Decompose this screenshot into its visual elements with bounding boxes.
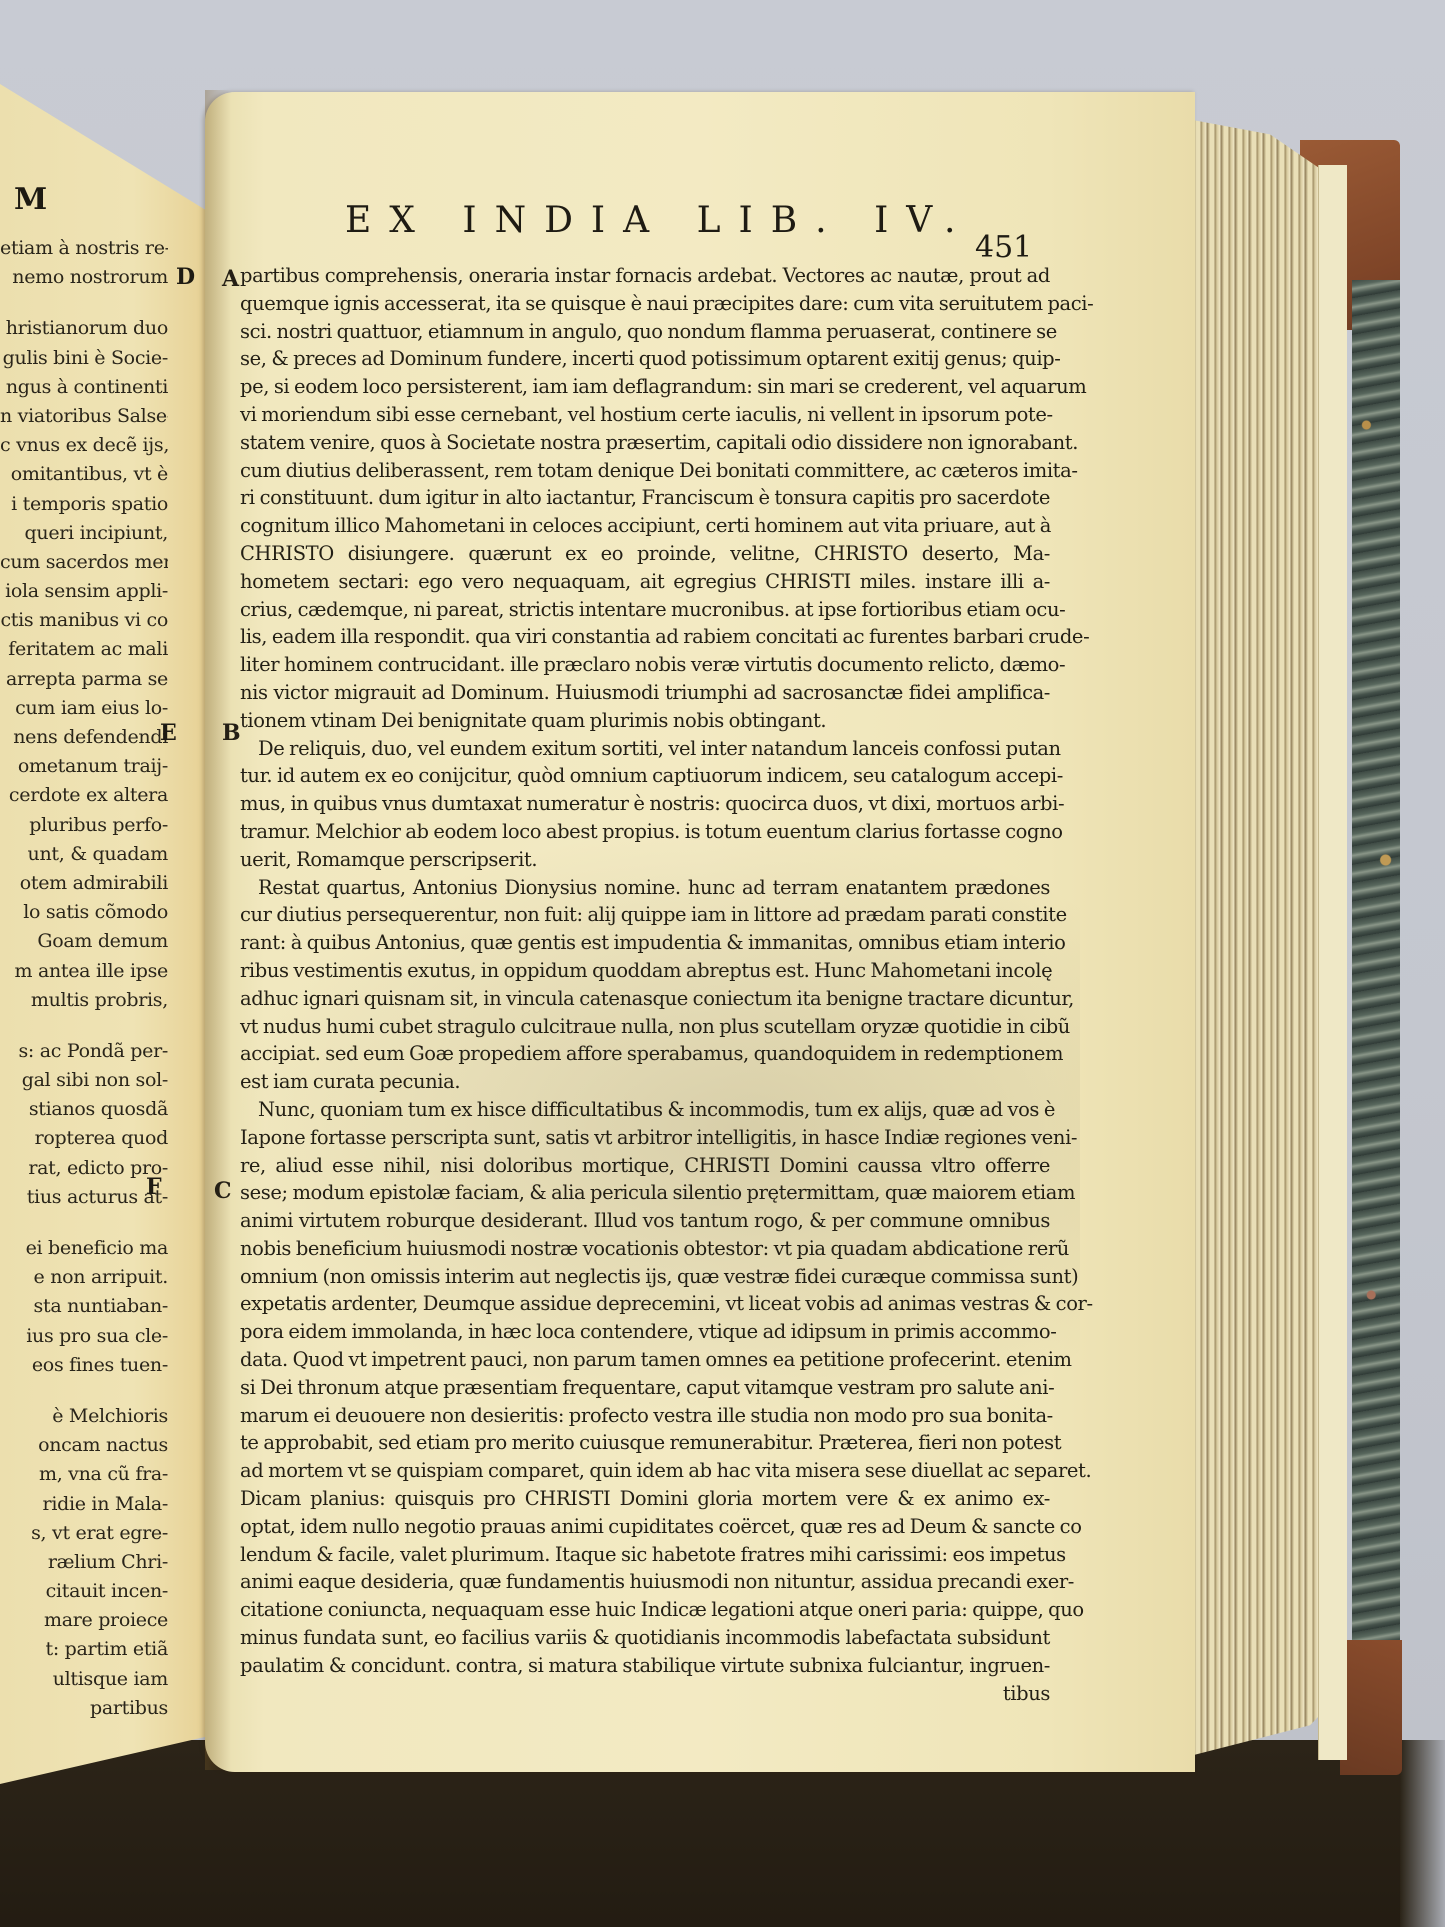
running-head: EX INDIA LIB. IV.: [345, 200, 973, 241]
left-text-line: i temporis spatio: [0, 490, 168, 519]
left-text-line: ctis manibus vi co: [0, 606, 168, 635]
left-text-line: c vnus ex decẽ ijs,: [0, 431, 168, 460]
text-line: sci. nostri quattuor, etiamnum in angulo…: [240, 318, 1050, 346]
left-running-head-letter: M: [14, 182, 47, 217]
left-text-line: hristianorum duo: [0, 314, 168, 343]
left-text-line: e non arripuit.: [0, 1263, 168, 1292]
text-line: vi moriendum sibi esse cernebant, vel ho…: [240, 401, 1050, 429]
text-line: te approbabit, sed etiam pro merito cuiu…: [240, 1429, 1050, 1457]
text-line: cur diutius persequerentur, non fuit: al…: [240, 901, 1050, 929]
left-text-line: etiam à nostris re-: [0, 234, 168, 263]
text-line: Restat quartus, Antonius Dionysius nomin…: [240, 874, 1050, 902]
text-line: pe, si eodem loco persisterent, iam iam …: [240, 373, 1050, 401]
text-line: Dicam planius: quisquis pro CHRISTI Domi…: [240, 1485, 1050, 1513]
left-page: M etiam à nostris re-nemo nostrorumhrist…: [0, 84, 222, 1784]
left-text-line: arrepta parma se: [0, 665, 168, 694]
left-text-line: cum iam eius lo-: [0, 694, 168, 723]
left-text-line: feritatem ac mali: [0, 635, 168, 664]
left-text-line: ngus à continenti: [0, 373, 168, 402]
text-line: crius, cædemque, ni pareat, strictis int…: [240, 596, 1050, 624]
text-line: lis, eadem illa respondit. qua viri cons…: [240, 623, 1050, 651]
left-margin-letter-f: F: [146, 1174, 162, 1200]
left-text-line: [0, 1380, 168, 1402]
left-text-line: tius acturus at-: [0, 1183, 168, 1212]
left-text-line: otem admirabili: [0, 869, 168, 898]
left-text-line: m, vna cũ fra-: [0, 1460, 168, 1489]
text-line: est iam curata pecunia.: [240, 1068, 1050, 1096]
text-line: nobis beneficium huiusmodi nostræ vocati…: [240, 1235, 1050, 1263]
text-line: tur. id autem ex eo conijcitur, quòd omn…: [240, 762, 1050, 790]
left-text-line: partibus: [0, 1694, 168, 1723]
left-text-line: rælium Chri-: [0, 1548, 168, 1577]
left-text-line: è Melchioris: [0, 1402, 168, 1431]
left-text-line: ropterea quod: [0, 1124, 168, 1153]
left-text-line: cum sacerdos mer: [0, 548, 168, 577]
text-line: quemque ignis accesserat, ita se quisque…: [240, 290, 1050, 318]
left-text-line: oncam nactus: [0, 1431, 168, 1460]
text-line: tionem vtinam Dei benignitate quam pluri…: [240, 707, 1050, 735]
left-text-line: iola sensim appli-: [0, 577, 168, 606]
text-line: rant: à quibus Antonius, quæ gentis est …: [240, 929, 1050, 957]
text-line: nis victor migrauit ad Dominum. Huiusmod…: [240, 679, 1050, 707]
leather-cover-corner-bottom: [1340, 1640, 1402, 1775]
text-line: accipiat. sed eum Goæ propediem affore s…: [240, 1040, 1050, 1068]
text-line: cognitum illico Mahometani in celoces ac…: [240, 512, 1050, 540]
left-text-line: stianos quosdã: [0, 1095, 168, 1124]
text-line: re, aliud esse nihil, nisi doloribus mor…: [240, 1152, 1050, 1180]
text-line: Nunc, quoniam tum ex hisce difficultatib…: [240, 1096, 1050, 1124]
left-text-line: ius pro sua cle-: [0, 1322, 168, 1351]
text-line: se, & preces ad Dominum fundere, incerti…: [240, 345, 1050, 373]
left-text-line: mare proiece: [0, 1606, 168, 1635]
text-line: mus, in quibus vnus dumtaxat numeratur è…: [240, 790, 1050, 818]
left-text-line: sta nuntiaban-: [0, 1292, 168, 1321]
margin-letter-b: B: [222, 720, 241, 746]
text-line: cum diutius deliberassent, rem totam den…: [240, 457, 1050, 485]
text-line: tramur. Melchior ab eodem loco abest pro…: [240, 818, 1050, 846]
left-text-line: lo satis cõmodo: [0, 898, 168, 927]
text-line: pora eidem immolanda, in hæc loca conten…: [240, 1318, 1050, 1346]
left-text-line: rat, edicto pro-: [0, 1154, 168, 1183]
text-line: animi virtutem roburque desiderant. Illu…: [240, 1207, 1050, 1235]
text-line: vt nudus humi cubet stragulo culcitraue …: [240, 1013, 1050, 1041]
text-line: optat, idem nullo negotio prauas animi c…: [240, 1513, 1050, 1541]
marbled-cover-board: [1352, 280, 1400, 1730]
text-line: omnium (non omissis interim aut neglecti…: [240, 1263, 1050, 1291]
left-text-line: ultisque iam: [0, 1665, 168, 1694]
body-text: partibus comprehensis, oneraria instar f…: [240, 262, 1050, 1707]
left-text-line: cerdote ex altera: [0, 781, 168, 810]
margin-letter-a: A: [222, 266, 239, 292]
left-text-line: gal sibi non sol-: [0, 1066, 168, 1095]
left-text-line: m antea ille ipse: [0, 957, 168, 986]
left-text-line: unt, & quadam: [0, 840, 168, 869]
text-line: ribus vestimentis exutus, in oppidum quo…: [240, 957, 1050, 985]
left-text-line: ometanum traij-: [0, 752, 168, 781]
text-line: data. Quod vt impetrent pauci, non parum…: [240, 1346, 1050, 1374]
gutter-shadow: [205, 90, 231, 1770]
text-line: uerit, Romamque perscripserit.: [240, 846, 1050, 874]
text-line: De reliquis, duo, vel eundem exitum sort…: [240, 735, 1050, 763]
left-text-line: nens defendendi: [0, 723, 168, 752]
text-line: sese; modum epistolæ faciam, & alia peri…: [240, 1179, 1050, 1207]
text-line: si Dei thronum atque præsentiam frequent…: [240, 1374, 1050, 1402]
left-text-line: pluribus perfo-: [0, 811, 168, 840]
text-line: minus fundata sunt, eo facilius variis &…: [240, 1624, 1050, 1652]
left-text-line: citauit incen-: [0, 1577, 168, 1606]
left-text-line: s: ac Pondã per-: [0, 1037, 168, 1066]
margin-letter-c: C: [214, 1178, 232, 1204]
text-line: marum ei deuouere non desieritis: profec…: [240, 1402, 1050, 1430]
text-line: CHRISTO disiungere. quærunt ex eo proind…: [240, 540, 1050, 568]
left-text-line: omitantibus, vt è: [0, 460, 168, 489]
left-text-line: eos fines tuen-: [0, 1351, 168, 1380]
left-margin-letter-d: D: [176, 264, 195, 290]
left-text-line: [0, 292, 168, 314]
text-line: liter hominem contrucidant. ille præclar…: [240, 651, 1050, 679]
endpaper-edge: [1318, 165, 1347, 1760]
text-line: partibus comprehensis, oneraria instar f…: [240, 262, 1050, 290]
left-text-line: ridie in Mala-: [0, 1490, 168, 1519]
text-line: ad mortem vt se quispiam comparet, quin …: [240, 1457, 1050, 1485]
text-line: hometem sectari: ego vero nequaquam, ait…: [240, 568, 1050, 596]
left-text-line: nemo nostrorum: [0, 263, 168, 292]
text-line: tibus: [240, 1680, 1050, 1708]
left-text-line: [0, 1212, 168, 1234]
left-text-line: queri incipiunt,: [0, 519, 168, 548]
left-text-line: multis probris,: [0, 986, 168, 1015]
left-text-line: n viatoribus Salse-: [0, 402, 168, 431]
left-text-line: s, vt erat egre-: [0, 1519, 168, 1548]
text-line: citatione coniuncta, nequaquam esse huic…: [240, 1596, 1050, 1624]
text-line: adhuc ignari quisnam sit, in vincula cat…: [240, 985, 1050, 1013]
left-text-line: ei beneficio ma: [0, 1234, 168, 1263]
wall-corner: [1400, 1740, 1445, 1927]
left-text-line: gulis bini è Socie-: [0, 344, 168, 373]
left-page-text: etiam à nostris re-nemo nostrorumhristia…: [0, 234, 168, 1723]
text-line: ri constituunt. dum igitur in alto iacta…: [240, 484, 1050, 512]
text-line: expetatis ardenter, Deumque assidue depr…: [240, 1290, 1050, 1318]
page-number: 451: [975, 230, 1032, 265]
text-line: statem venire, quos à Societate nostra p…: [240, 429, 1050, 457]
text-line: paulatim & concidunt. contra, si matura …: [240, 1652, 1050, 1680]
left-text-line: Goam demum: [0, 927, 168, 956]
left-text-line: [0, 1015, 168, 1037]
text-line: animi eaque desideria, quæ fundamentis h…: [240, 1568, 1050, 1596]
left-margin-letter-e: E: [160, 720, 177, 746]
left-text-line: t: partim etiã: [0, 1635, 168, 1664]
text-line: lendum & facile, valet plurimum. Itaque …: [240, 1541, 1050, 1569]
text-line: Iapone fortasse perscripta sunt, satis v…: [240, 1124, 1050, 1152]
